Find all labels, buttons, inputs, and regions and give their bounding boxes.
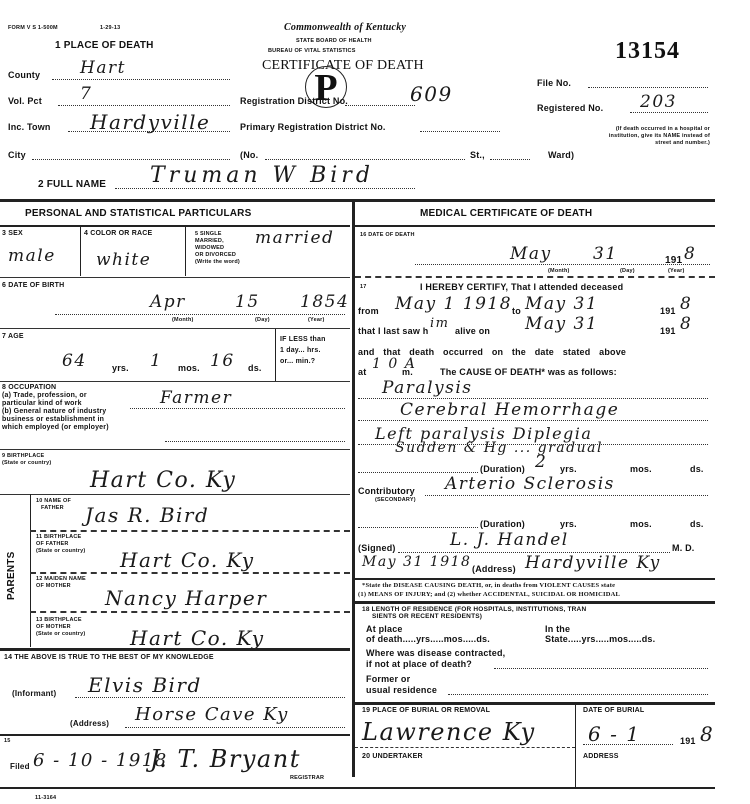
death-month-caption: (Month) [548, 268, 570, 274]
marital-label-single: 5 SINGLE [195, 231, 240, 238]
certify-text: I HEREBY CERTIFY, That I attended deceas… [420, 282, 623, 292]
in-the-label: In the [545, 624, 570, 634]
filed-number: 15 [4, 738, 11, 744]
physician-address-label: (Address) [472, 564, 516, 574]
color-label: 4 COLOR OR RACE [84, 230, 152, 237]
footer-code: 11-3164 [35, 795, 56, 801]
father-birthplace-value: Hart Co. Ky [120, 548, 255, 572]
form-code: FORM V S 1-500M [8, 25, 58, 31]
father-name-label-2: FATHER [36, 505, 71, 512]
dob-year: 1854 [300, 292, 349, 312]
footnote-line-1: *State the DISEASE CAUSING DEATH, or, in… [362, 582, 615, 589]
header-divider [0, 199, 715, 202]
footnote-line-2: (1) MEANS OF INJURY; and (2) whether ACC… [358, 591, 620, 598]
burial-year-prefix: 191 [680, 736, 696, 746]
age-days: 16 [210, 351, 235, 371]
death-year-suffix: 8 [684, 244, 696, 264]
am-pm-label: m. [402, 367, 413, 377]
birthplace-hint: (State or country) [2, 460, 51, 467]
less-than-hrs: 1 day... hrs. [280, 345, 326, 356]
age-years: 64 [62, 351, 87, 371]
to-year-prefix: 191 [660, 306, 676, 316]
dob-day-caption: (Day) [255, 317, 270, 323]
to-year-suffix: 8 [680, 294, 692, 314]
residence-label-1: 18 LENGTH OF RESIDENCE (FOR HOSPITALS, I… [362, 606, 586, 613]
state-duration: State.....yrs.....mos.....ds. [545, 634, 655, 644]
less-than-min: or... min.? [280, 356, 326, 367]
marital-value: married [255, 228, 334, 248]
certificate-number: 13154 [615, 38, 680, 65]
contributory-value: Arterio Sclerosis [445, 474, 615, 494]
column-divider [352, 202, 355, 777]
alive-on-date: May 31 [525, 314, 598, 334]
informant-address-value: Horse Cave Ky [135, 704, 289, 725]
registration-district-value: 609 [410, 82, 453, 106]
occupation-b-2: business or establishment in [2, 416, 109, 424]
board-title: STATE BOARD OF HEALTH [296, 38, 372, 44]
informant-label: (Informant) [12, 689, 56, 698]
dob-label: 6 DATE OF BIRTH [2, 282, 64, 289]
contributory-yrs-label: yrs. [560, 519, 577, 529]
knowledge-statement: 14 THE ABOVE IS TRUE TO THE BEST OF MY K… [4, 654, 214, 661]
marital-label-widowed: WIDOWED [195, 245, 240, 252]
last-saw-label: that I last saw h [358, 326, 428, 336]
form-date: 1-29-13 [100, 25, 120, 31]
registered-no-label: Registered No. [537, 103, 603, 113]
cause-of-death-label: The CAUSE OF DEATH* was as follows: [440, 367, 617, 377]
dob-month: Apr [150, 292, 186, 312]
contributory-mos-label: mos. [630, 519, 652, 529]
mother-name-label: 12 MAIDEN NAME [36, 576, 86, 583]
file-no-label: File No. [537, 78, 571, 88]
contracted-label-2: if not at place of death? [366, 659, 472, 669]
occupation-b-3: which employed (or employer) [2, 424, 109, 432]
cause-line-4: Sudden & Hg ... gradual [395, 440, 603, 456]
former-residence-label-1: Former or [366, 674, 410, 684]
duration-ds-label: ds. [690, 464, 704, 474]
contracted-label-1: Where was disease contracted, [366, 648, 505, 658]
duration-label: (Duration) [480, 464, 525, 474]
dob-year-caption: (Year) [308, 317, 325, 323]
at-place-label: At place [366, 624, 403, 634]
age-label: 7 AGE [2, 333, 24, 340]
father-birthplace-label-2: OF FATHER [36, 541, 85, 548]
commonwealth-title: Commonwealth of Kentucky [284, 22, 406, 33]
mother-birthplace-value: Hart Co. Ky [130, 626, 265, 650]
hospital-note: (If death occurred in a hospital or inst… [605, 126, 710, 147]
death-year-caption: (Year) [668, 268, 685, 274]
alive-on-label: alive on [455, 326, 490, 336]
date-of-death-label: 16 DATE OF DEATH [360, 232, 415, 238]
informant-address-label: (Address) [70, 719, 109, 728]
from-label: from [358, 306, 379, 316]
parents-label: PARENTS [6, 552, 17, 600]
burial-date-label: DATE OF BURIAL [583, 707, 644, 714]
to-label: to [512, 306, 521, 316]
age-ds-label: ds. [248, 363, 262, 373]
father-name-value: Jas R. Bird [85, 503, 209, 527]
mother-birthplace-hint: (State or country) [36, 631, 85, 638]
contributory-label: Contributory [358, 486, 415, 496]
death-day: 31 [593, 244, 618, 264]
street-label: St., [470, 150, 485, 160]
at-label: at [358, 367, 366, 377]
last-saw-pronoun: im [430, 316, 450, 331]
father-birthplace-label: 11 BIRTHPLACE [36, 534, 85, 541]
primary-registration-label: Primary Registration District No. [240, 122, 386, 132]
street-no-label: (No. [240, 150, 258, 160]
registrar-label: REGISTRAR [290, 775, 324, 781]
father-name-label: 10 NAME OF [36, 498, 71, 505]
burial-place-label: 19 PLACE OF BURIAL OR REMOVAL [362, 707, 490, 714]
alive-year-suffix: 8 [680, 314, 692, 334]
death-day-caption: (Day) [620, 268, 635, 274]
md-label: M. D. [672, 543, 695, 553]
physician-signature: L. J. Handel [450, 530, 569, 550]
sex-value: male [8, 246, 56, 266]
occupation-b-1: (b) General nature of industry [2, 408, 109, 416]
certificate-title: CERTIFICATE OF DEATH [262, 58, 424, 74]
filed-date: 6 - 10 - 1918 [33, 750, 168, 771]
birthplace-label: 9 BIRTHPLACE [2, 453, 51, 460]
dob-day: 15 [235, 292, 260, 312]
vol-pct-value: 7 [80, 84, 92, 104]
cause-line-2: Cerebral Hemorrhage [400, 400, 619, 420]
county-label: County [8, 70, 40, 80]
contributory-ds-label: ds. [690, 519, 704, 529]
city-label: City [8, 150, 26, 160]
signed-label: (Signed) [358, 543, 396, 553]
undertaker-address-label: ADDRESS [583, 753, 619, 760]
mother-name-label-2: OF MOTHER [36, 583, 86, 590]
full-name-value: Truman W Bird [150, 163, 374, 188]
marital-label-divorced: OR DIVORCED [195, 252, 240, 259]
physician-address-value: Hardyville Ky [525, 553, 661, 573]
burial-place-value: Lawrence Ky [362, 718, 536, 746]
cause-line-1: Paralysis [382, 378, 473, 398]
less-than-label: IF LESS than [280, 334, 326, 345]
occupation-a-1: (a) Trade, profession, or [2, 392, 109, 400]
color-value: white [96, 250, 151, 270]
registration-district-label: Registration District No. [240, 96, 348, 106]
county-value: Hart [80, 58, 126, 78]
informant-value: Elvis Bird [88, 673, 202, 697]
dob-month-caption: (Month) [172, 317, 194, 323]
medical-section-title: MEDICAL CERTIFICATE OF DEATH [420, 208, 592, 219]
age-yrs-label: yrs. [112, 363, 129, 373]
personal-section-title: PERSONAL AND STATISTICAL PARTICULARS [25, 208, 251, 219]
full-name-label: 2 FULL NAME [38, 179, 106, 190]
former-residence-label-2: usual residence [366, 685, 437, 695]
duration-years: 2 [535, 452, 547, 472]
duration-mos-label: mos. [630, 464, 652, 474]
ward-label: Ward) [548, 150, 574, 160]
signed-date: May 31 1918 [362, 554, 471, 570]
burial-year-suffix: 8 [700, 722, 714, 746]
mother-name-value: Nancy Harper [105, 586, 267, 610]
of-death-duration: of death.....yrs.....mos.....ds. [366, 634, 490, 644]
death-certificate: FORM V S 1-500M 1-29-13 1 PLACE OF DEATH… [0, 0, 750, 804]
sex-label: 3 SEX [2, 230, 23, 237]
marital-label-married: MARRIED, [195, 238, 240, 245]
occupation-a-2: particular kind of work [2, 400, 109, 408]
occupation-value: Farmer [160, 388, 232, 408]
registered-no-value: 203 [640, 92, 677, 112]
vol-pct-label: Vol. Pct [8, 96, 42, 106]
place-of-death-label: 1 PLACE OF DEATH [55, 40, 154, 51]
mother-birthplace-label-2: OF MOTHER [36, 624, 85, 631]
from-date: May 1 1918 [395, 294, 512, 314]
occupation-label: 8 OCCUPATION [2, 384, 109, 392]
residence-label-2: SIENTS OR RECENT RESIDENTS) [372, 613, 482, 620]
father-birthplace-hint: (State or country) [36, 548, 85, 555]
bureau-title: BUREAU OF VITAL STATISTICS [268, 48, 356, 54]
death-year-prefix: 191 [665, 255, 682, 266]
marital-label-hint: (Write the word) [195, 259, 240, 266]
certify-number: 17 [360, 284, 367, 290]
birthplace-value: Hart Co. Ky [90, 468, 236, 493]
burial-date-value: 6 - 1 [588, 722, 640, 746]
secondary-label: (SECONDARY) [375, 497, 416, 503]
to-date: May 31 [525, 294, 598, 314]
duration-yrs-label: yrs. [560, 464, 577, 474]
filed-label: Filed [10, 762, 30, 771]
alive-year-prefix: 191 [660, 326, 676, 336]
contributory-duration-label: (Duration) [480, 519, 525, 529]
registrar-signature: J. T. Bryant [150, 745, 301, 773]
death-month: May [510, 244, 552, 264]
mother-birthplace-label: 13 BIRTHPLACE [36, 617, 85, 624]
age-mos-label: mos. [178, 363, 200, 373]
inc-town-label: Inc. Town [8, 122, 51, 132]
undertaker-label: 20 UNDERTAKER [362, 753, 423, 760]
inc-town-value: Hardyville [90, 110, 210, 134]
age-months: 1 [150, 351, 162, 371]
